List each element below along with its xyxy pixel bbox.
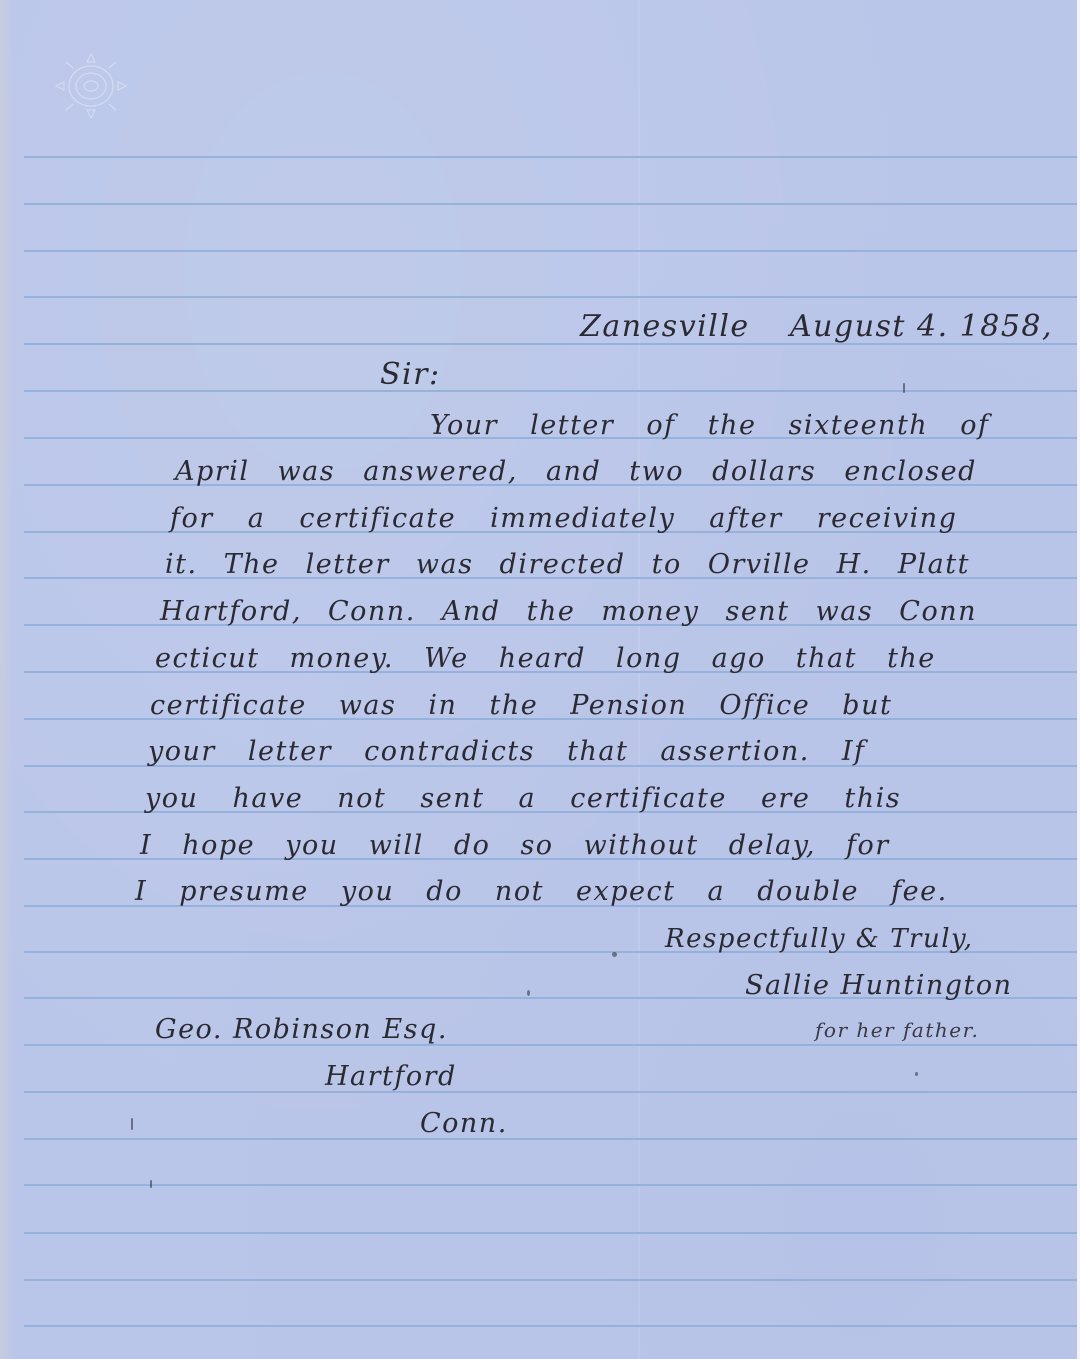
body-line: I hope you will do so without delay, for	[140, 832, 890, 859]
seal-emboss-icon	[46, 46, 136, 126]
rule-line	[24, 1138, 1077, 1140]
dateline-date: August 4. 1858,	[790, 312, 1053, 342]
signature: Sallie Huntington	[745, 972, 1013, 999]
body-line: Hartford, Conn. And the money sent was C…	[160, 598, 977, 625]
body-line: Your letter of the sixteenth of	[430, 412, 990, 439]
ink-speck	[131, 1118, 133, 1130]
rule-line	[24, 156, 1077, 158]
rule-line	[24, 1232, 1077, 1234]
dateline-place: Zanesville	[580, 312, 750, 342]
addressee-name: Geo. Robinson Esq.	[155, 1016, 448, 1043]
ink-speck	[612, 952, 617, 957]
rule-line	[24, 296, 1077, 298]
body-line: April was answered, and two dollars encl…	[175, 458, 977, 485]
body-line: it. The letter was directed to Orville H…	[165, 551, 970, 578]
paper-edge-shading	[0, 0, 14, 1359]
body-line: your letter contradicts that assertion. …	[148, 738, 866, 765]
signature-note: for her father.	[815, 1020, 979, 1040]
ink-speck	[527, 990, 530, 996]
addressee-city: Hartford	[325, 1063, 457, 1090]
valediction: Respectfully & Truly,	[665, 926, 974, 952]
body-line: I presume you do not expect a double fee…	[135, 878, 948, 905]
rule-line	[24, 1091, 1077, 1093]
ink-speck	[903, 383, 905, 393]
rule-line	[24, 1279, 1077, 1281]
body-line: certificate was in the Pension Office bu…	[150, 692, 892, 719]
body-line: you have not sent a certificate ere this	[145, 785, 901, 812]
rule-line	[24, 1325, 1077, 1327]
body-line: ecticut money. We heard long ago that th…	[155, 645, 936, 672]
body-line: for a certificate immediately after rece…	[170, 505, 957, 532]
letter-page: Zanesville August 4. 1858, Sir: Your let…	[0, 0, 1077, 1359]
ink-speck	[150, 1180, 152, 1188]
rule-line	[24, 390, 1077, 392]
salutation: Sir:	[380, 360, 441, 390]
addressee-state: Conn.	[420, 1110, 508, 1137]
rule-line	[24, 203, 1077, 205]
rule-line	[24, 1184, 1077, 1186]
ink-speck	[915, 1072, 918, 1076]
rule-line	[24, 250, 1077, 252]
